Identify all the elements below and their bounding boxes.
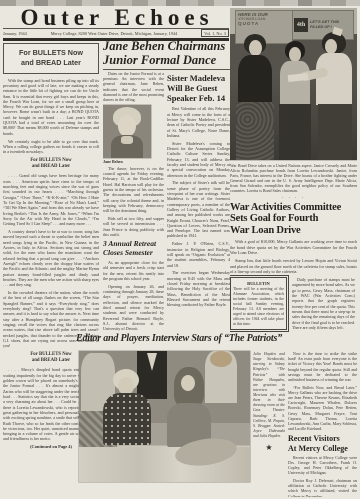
bullets-bread-subhead: For BULLETS Now and BREAD Later	[3, 158, 99, 170]
article-paragraph: With a goal of $10,000, Mercy Gallants a…	[230, 239, 357, 255]
dateline-publisher: Mercy College, 8200 West Outer Drive, De…	[51, 31, 178, 36]
photo-collar	[121, 136, 133, 144]
issue-number: Vol. 1, No. 3	[201, 29, 229, 37]
column-two: Dates on the Junior Formal is at a premi…	[103, 71, 164, 335]
section-separator-dots: . . . .	[230, 195, 357, 200]
junior-formal-headline: Jane Behen Chairmans Junior Formal Dance	[103, 39, 235, 67]
article-paragraph: Daily purchase of stamps must be augment…	[292, 277, 355, 330]
article-paragraph: Best Valentine of all this February at M…	[167, 106, 230, 138]
bulletin-title: BULLETIN	[233, 281, 284, 286]
article-paragraph: As an appropriate close for the old seme…	[103, 260, 164, 281]
right-column: HERE IS OUR 4TH WAR LOAN QUOTA 4th LET'S…	[230, 8, 357, 333]
article-paragraph: Doctor Roy J. Deferrari, chairman on aff…	[288, 478, 357, 497]
patriots-caption-column: Julia Hayden and Stage Sienkowski, starr…	[253, 352, 285, 452]
war-bond-photo-caption: War Bond Drive takes on a United Nations…	[230, 163, 357, 194]
photo-figure-right-blouse	[316, 53, 352, 105]
bullets-bread-box-headline: For BULLETS Now and BREAD Later	[3, 43, 99, 74]
article-paragraph: Now is the time to strike the strike har…	[288, 351, 357, 382]
article-paragraph: The dance, however, is on the council ag…	[103, 166, 164, 214]
photo-figure-left-body	[238, 55, 272, 103]
article-paragraph: A country doesn't have to be at war to c…	[3, 229, 99, 287]
article-paragraph: We certainly ought to be able to go over…	[3, 139, 99, 155]
photo-figure-right-skirt	[318, 104, 352, 160]
jane-behen-photo	[103, 105, 151, 158]
article-paragraph: Sister Madeleva's coming to Detroit for …	[167, 141, 230, 178]
recent-visitors-headline: Recent Visitors At Mercy College	[288, 434, 357, 452]
star-icon: ★	[253, 443, 285, 452]
photo-standing-right-hair	[210, 351, 232, 367]
photo-figure-right-face	[325, 39, 337, 54]
retreat-headline: 3 Annual Retreat Closes Semester	[103, 240, 164, 257]
photo-face	[118, 115, 136, 137]
article-paragraph: The subject of Sister's talk will be som…	[167, 180, 230, 238]
article-paragraph: Recent visitors at Mercy College were Dr…	[288, 455, 357, 476]
patriots-photo-caption: Julia Hayden and Stage Sienkowski, starr…	[253, 352, 285, 439]
war-bond-photo: HERE IS OUR 4TH WAR LOAN QUOTA 4th LET'S…	[230, 8, 357, 160]
article-paragraph: Bids sell at two fifty, and supper will …	[103, 216, 164, 237]
photo-figure-left-skirt	[236, 102, 274, 160]
bulletin-box: BULLETIN There will be a meeting of the …	[230, 277, 287, 330]
madeleva-headline: Sister Madeleva Will Be Guest Speaker Fe…	[167, 74, 230, 103]
jane-behen-caption: Jane Behen	[103, 159, 164, 164]
article-paragraph: The exercises began Wednesday morning at…	[167, 270, 230, 307]
article-paragraph: . . . . Grand old songs have been herita…	[3, 173, 99, 226]
patriots-banner-headline: Editor and Players Interview Stars of “T…	[76, 333, 282, 344]
article-paragraph: Dates on the Junior Formal is at a premi…	[103, 71, 164, 102]
fourth-loan-badge: 4th	[294, 18, 308, 32]
photo-figure-middle-face	[289, 47, 301, 62]
article-paragraph: “For Bullets Now, and Bread Later,” Merc…	[288, 385, 357, 432]
headline-underline	[103, 69, 231, 70]
bottom-right-column: Now is the time to strike the strike har…	[288, 351, 357, 497]
filled-up-poster: 4th LET'S GET THIS FILLED UP !	[292, 10, 354, 40]
photo-figure-middle-skirt	[279, 104, 311, 160]
war-activities-headline: War Activities Committee Sets Goal for F…	[230, 202, 357, 237]
photo-figure-middle-blouse	[280, 61, 310, 105]
photo-seated-right-face	[181, 375, 195, 391]
dateline: January, 1944 Mercy College, 8200 West O…	[3, 29, 229, 37]
patriots-interview-photo	[79, 351, 250, 482]
dateline-date: January, 1944	[3, 31, 27, 36]
article-paragraph: Opening on January 26, and continuing th…	[103, 284, 164, 332]
article-paragraph: Stamp Inn, that little booth erected by …	[230, 258, 357, 274]
photo-figure-left-face	[249, 40, 262, 56]
photo-floral-dress	[103, 393, 151, 445]
column-three: Sister Madeleva Will Be Guest Speaker Fe…	[167, 74, 230, 335]
article-paragraph: Father J. P. O'Brien, C.S.V., instructor…	[167, 241, 230, 268]
bulletin-text: There will be a meeting of the Alumnae A…	[233, 287, 284, 326]
article-paragraph: With the stamp and bond business piling …	[3, 78, 99, 136]
